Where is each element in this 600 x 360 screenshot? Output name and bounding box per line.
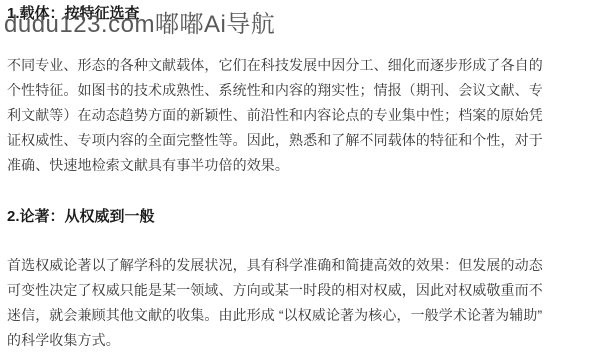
- section-2-paragraph: 首选权威论著以了解学科的发展状况，具有科学准确和简捷高效的效果：但发展的动态 可…: [7, 253, 590, 353]
- document-page: dudu123.com嘟嘟Ai导航 1.载体：按特征选查 不同专业、形态的各种文…: [0, 0, 600, 360]
- section-2-heading: 2.论著：从权威到一般: [7, 208, 590, 226]
- section-1-heading: 1.载体：按特征选查: [7, 5, 590, 23]
- section-1-paragraph: 不同专业、形态的各种文献载体，它们在科技发展中因分工、细化而逐步形成了各自的 个…: [7, 53, 590, 178]
